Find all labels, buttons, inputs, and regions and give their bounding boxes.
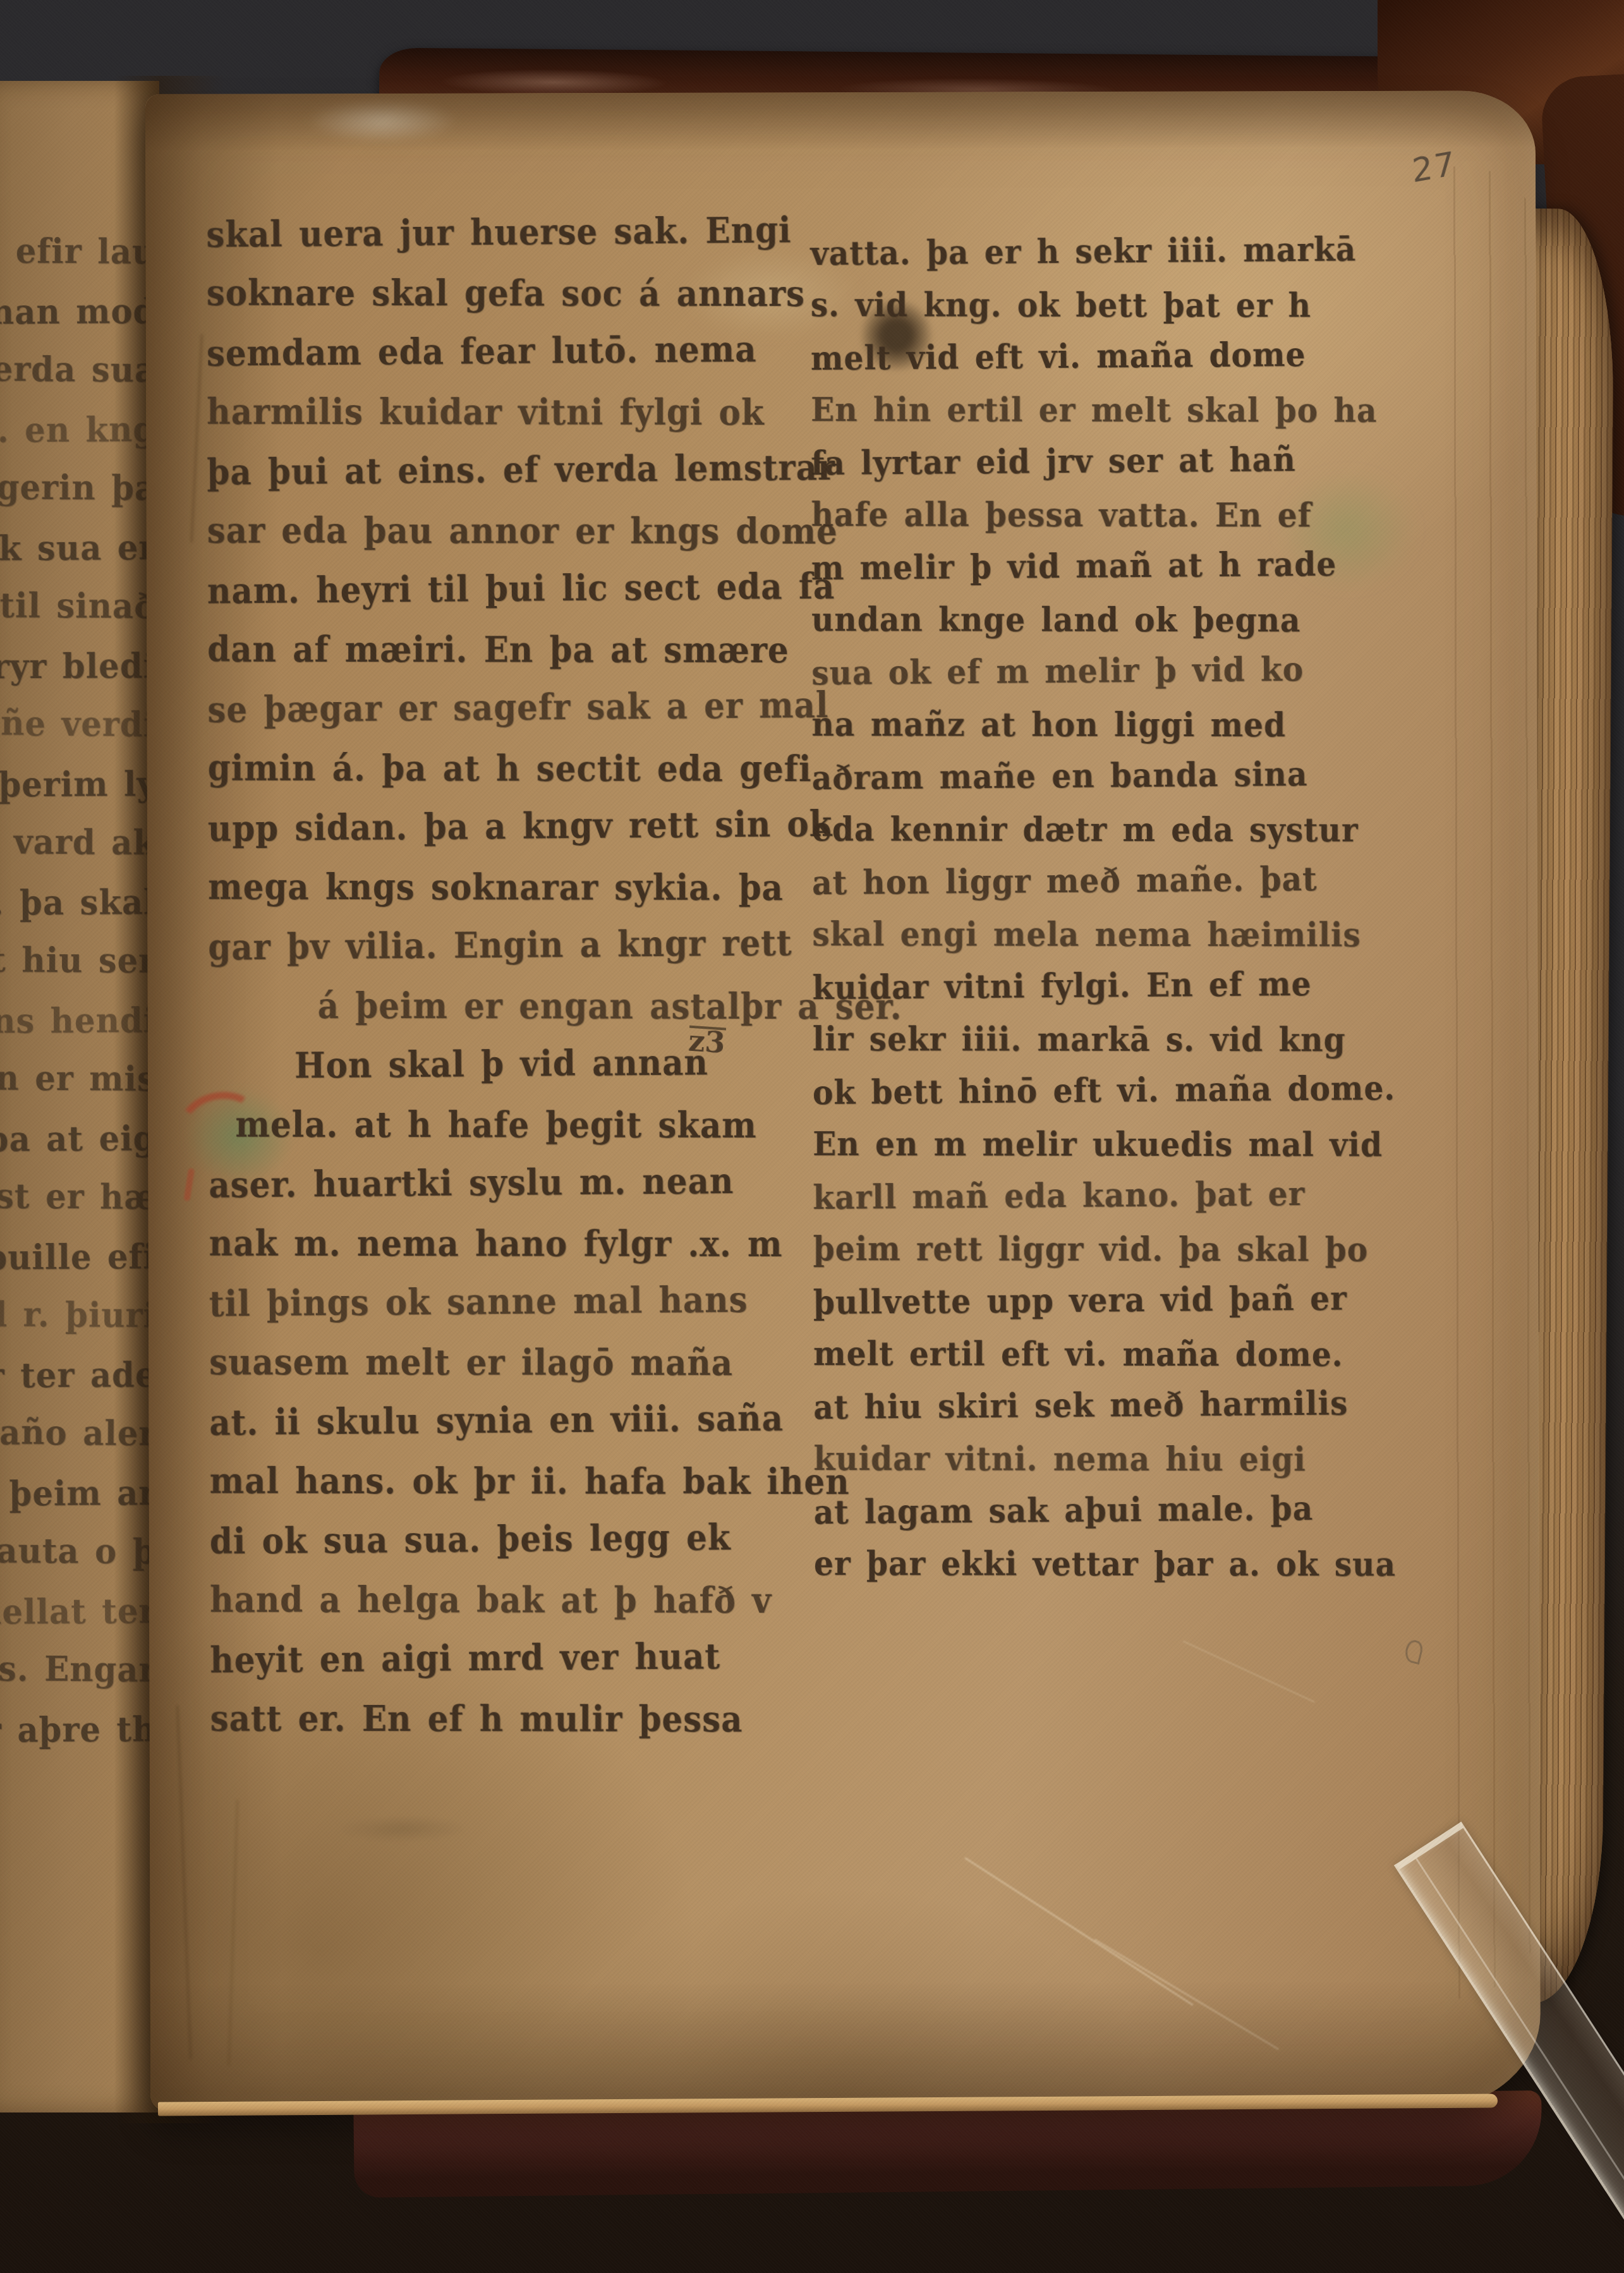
facing-page-line: jus vard ak xyxy=(0,818,159,878)
manuscript-line: m melir þ vid mañ at h rade xyxy=(811,544,1364,601)
manuscript-line: dan af mæiri. En þa at smære xyxy=(207,629,730,689)
manuscript-line: kuidar vitni fylgi. En ef me xyxy=(812,964,1365,1021)
facing-page-line: efa þa at eig xyxy=(0,1114,159,1173)
manuscript-line: nak m. nema hano fylgr .x. m xyxy=(209,1223,732,1283)
facing-page-line: t maño aler xyxy=(0,1409,159,1469)
facing-page-line: e þeim ar xyxy=(0,1469,159,1528)
folio-number: 27 xyxy=(1411,145,1457,191)
manuscript-line: harmilis kuidar vitni fylgi ok xyxy=(207,391,730,451)
manuscript-line: ok bett hinō eft vi. maña dome. xyxy=(813,1069,1366,1125)
manuscript-line: skal uera jur huerse sak. Engi xyxy=(206,210,730,274)
manuscript-line: at hiu skiri sek með harmilis xyxy=(813,1383,1366,1440)
facing-page-line: ti kast er hæ xyxy=(0,1173,159,1232)
facing-page-line: kir til sinað xyxy=(0,582,159,641)
manuscript-line: hafe alla þessa vatta. En ef xyxy=(811,495,1364,548)
manuscript-line: karll mañ eda kano. þat er xyxy=(813,1173,1366,1230)
manuscript-line: se þægar er sagefr sak a er mal xyxy=(207,685,731,749)
manuscript-line: nam. heyri til þui lic sect eda fa xyxy=(207,566,731,630)
manuscript-line: at. ii skulu synia en viii. saña xyxy=(209,1398,733,1462)
facing-page-line: þas. Engar xyxy=(0,1646,159,1705)
manuscript-line: er þar ekki vettar þar a. ok sua xyxy=(814,1544,1366,1597)
facing-page-text: m̄ efir launan modr gerda suaame. en kng… xyxy=(0,81,159,1764)
manuscript-line: á þeim er engan astalþr a ser. xyxy=(209,985,732,1045)
facing-page-line: ra gerin þa xyxy=(0,464,159,523)
manuscript-line: gar þv vilia. Engin a kngr rett xyxy=(208,923,732,986)
manuscript-line: hand a helga bak at þ hafð v xyxy=(210,1579,733,1639)
facing-page-line: tect a. þa skal xyxy=(0,878,159,937)
facing-page-line: tarans hendi xyxy=(0,996,159,1055)
manuscript-line: Hon skal þ vid annan xyxy=(209,1041,732,1105)
manuscript-line: sar eda þau annor er kngs dome xyxy=(207,510,730,570)
manuscript-line: satt er. En ef h mulir þessa xyxy=(210,1698,734,1758)
facing-page-line: mañe verdi xyxy=(0,700,159,760)
manuscript-line: suasem melt er ilagō maña xyxy=(209,1342,732,1402)
manuscript-line: eda kennir dætr m eda systur xyxy=(812,809,1364,863)
manuscript-line: sua ok ef m melir þ vid ko xyxy=(811,649,1364,706)
faint-smudge xyxy=(339,1816,466,1843)
facing-page-line: ned þerim ly xyxy=(0,760,159,819)
manuscript-line: þeim rett liggr vid. þa skal þo xyxy=(813,1229,1366,1282)
top-edge-damage-patch xyxy=(306,99,458,143)
facing-page-line: þar þuille efi xyxy=(0,1232,159,1292)
manuscript-line: at hon liggr með mañe. þat xyxy=(812,859,1365,916)
initial-remnant-red-tick xyxy=(183,1168,195,1201)
facing-page-line: m̄ efir lau xyxy=(0,227,159,287)
manuscript-line: di ok sua sua. þeis legg ek xyxy=(210,1517,734,1580)
manuscript-line: En en m melir ukuedis mal vid xyxy=(813,1124,1365,1177)
manuscript-line: aser. huartki syslu m. nean xyxy=(209,1160,732,1224)
facing-page-line: En hin er mis xyxy=(0,1055,159,1114)
facing-page-line: rar ter ade xyxy=(0,1350,159,1410)
manuscript-line: mela. at h hafe þegit skam xyxy=(209,1104,732,1164)
manuscript-line: aðram mañe en banda sina xyxy=(811,754,1364,811)
parchment-crease xyxy=(228,1800,239,2066)
parchment-crease xyxy=(176,1706,192,2059)
scratch-mark xyxy=(1183,1640,1316,1702)
facing-page-line: auta o þ xyxy=(0,1527,159,1587)
manuscript-line: fa lyrtar eid jrv ser at hañ xyxy=(811,439,1364,496)
manuscript-photo: m̄ efir launan modr gerda suaame. en kng… xyxy=(0,0,1624,2273)
scratch-mark xyxy=(964,1857,1194,2006)
facing-page-line: vard r. þiuri xyxy=(0,1291,159,1350)
facing-page: m̄ efir launan modr gerda suaame. en kng… xyxy=(0,81,159,2112)
left-text-column: skal uera jur huerse sak. Engisoknare sk… xyxy=(206,211,779,1757)
manuscript-line: heyit en aigi mrd ver huat xyxy=(210,1635,734,1699)
manuscript-line: semdam eda fear lutō. nema xyxy=(207,329,730,392)
scratch-mark xyxy=(1094,1939,1279,2051)
manuscript-line: na mañz at hon liggi med xyxy=(811,705,1364,758)
manuscript-line: s. vid kng. ok bett þat er h xyxy=(811,285,1363,338)
facing-page-line: kar aþre th xyxy=(0,1705,159,1764)
facing-page-line: r gerda sua xyxy=(0,346,159,405)
manuscript-line: melt ertil eft vi. maña dome. xyxy=(813,1334,1366,1387)
manuscript-line: at lagam sak aþui male. þa xyxy=(813,1488,1366,1545)
manuscript-line: En hin ertil er melt skal þo ha xyxy=(811,390,1363,443)
manuscript-line: skal engi mela nema hæimilis xyxy=(812,914,1364,967)
facing-page-line: nan mod xyxy=(0,287,159,346)
parchment-crease xyxy=(190,334,203,543)
manuscript-line: soknare skal gefa soc á annars xyxy=(207,272,730,332)
main-page: 27 z3 skal uera jur huerse sak. Engisokn… xyxy=(145,90,1541,2111)
manuscript-line: vatta. þa er h sekr iiii. markā xyxy=(810,229,1363,286)
manuscript-line: þullvette upp vera vid þañ er xyxy=(813,1278,1366,1335)
manuscript-line: upp sidan. þa a kngv rett sin ok xyxy=(208,804,732,868)
manuscript-line: mega kngs soknarar sykia. þa xyxy=(208,866,731,926)
right-text-column: vatta. þa er h sekr iiii. markās. vid kn… xyxy=(810,231,1414,1596)
manuscript-line: til þings ok sanne mal hans xyxy=(209,1279,733,1343)
page-curl-lines xyxy=(1432,166,1544,1999)
facing-page-line: k hellat ter xyxy=(0,1587,159,1646)
facing-page-line: eda ryr bledi xyxy=(0,641,159,701)
facing-page-line: ame. en kng xyxy=(0,405,159,464)
facing-page-line: ki eft hiu ser xyxy=(0,936,159,996)
manuscript-line: undan knge land ok þegna xyxy=(811,600,1364,653)
manuscript-line: kuidar vitni. nema hiu eigi xyxy=(813,1439,1366,1492)
manuscript-line: gimin á. þa at h sectit eda gefi xyxy=(208,748,731,808)
pencil-mark xyxy=(1403,1639,1424,1664)
manuscript-line: mal hans. ok þr ii. hafa bak ihen xyxy=(210,1460,733,1520)
manuscript-line: þa þui at eins. ef verda lemstrar xyxy=(207,447,730,511)
manuscript-line: melt vid eft vi. maña dome xyxy=(811,334,1364,391)
facing-page-line: t ak sua er xyxy=(0,523,159,583)
manuscript-line: lir sekr iiii. markā s. vid kng xyxy=(813,1019,1365,1072)
